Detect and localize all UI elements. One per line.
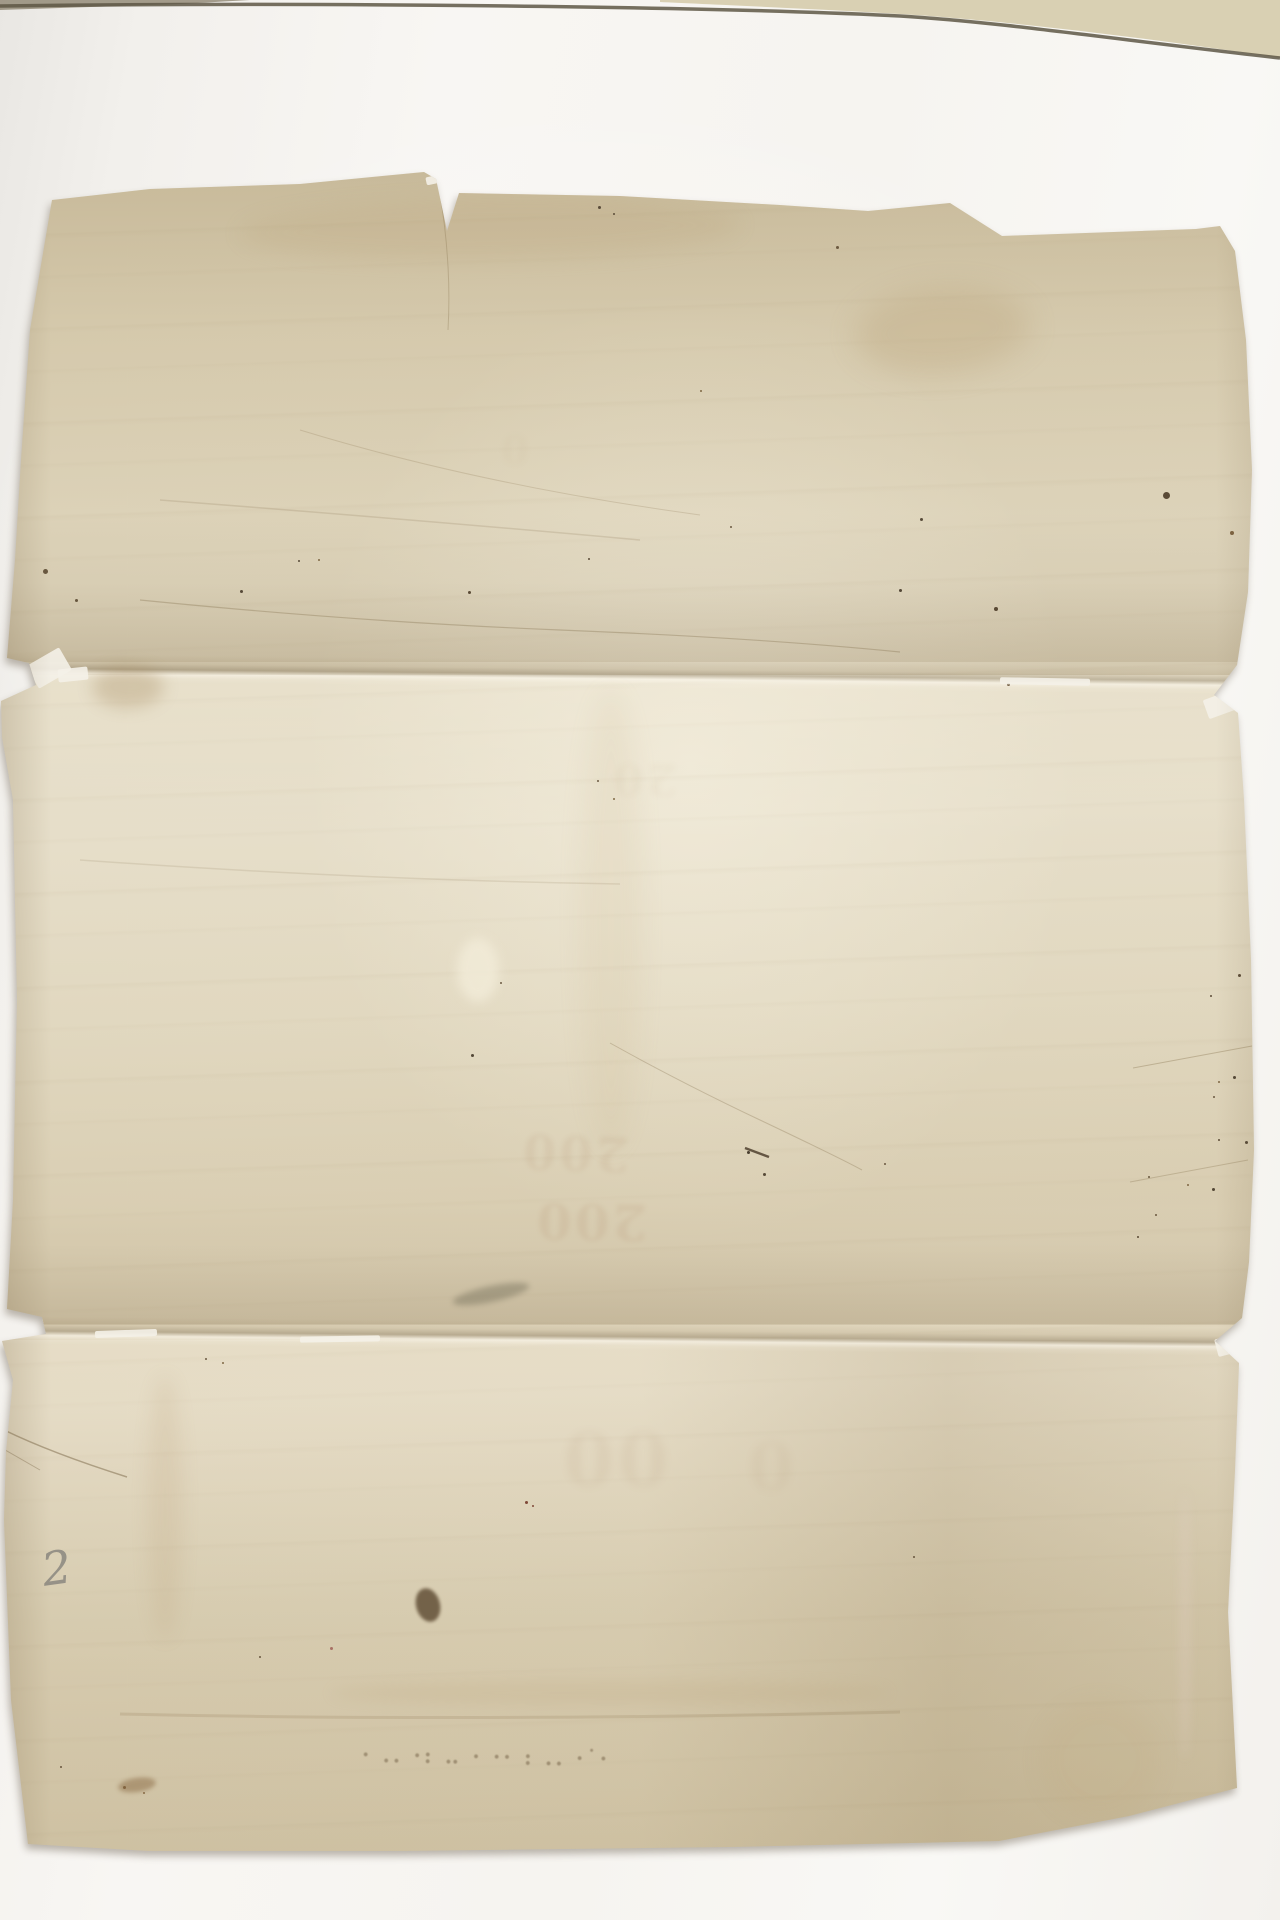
ghost-bleedthrough-layer: 200200000200· .. ·: ‥ · ·· : .. ·˙· (0, 0, 1280, 1920)
crack-line (610, 1043, 862, 1170)
ink-speck (259, 1656, 261, 1658)
ink-speck (318, 559, 320, 561)
tear-fleck (1000, 677, 1090, 686)
tear-fleck (17, 1318, 45, 1338)
fold-crease-upper (0, 653, 1256, 694)
crack-line (0, 1447, 40, 1470)
tear-fleck (26, 647, 72, 689)
ghost-bleedthrough-text: 20 (610, 755, 678, 800)
ink-speck (525, 1501, 528, 1504)
ghost-bleedthrough-text: 0 (497, 427, 529, 468)
tear-fleck-layer (0, 0, 1280, 1920)
ink-speck (205, 1358, 207, 1360)
stain (239, 194, 740, 265)
ink-speck (471, 1054, 474, 1057)
ink-speck (75, 599, 78, 602)
ink-speck (143, 1792, 145, 1794)
ghost-bleedthrough-text: 00 (560, 1420, 669, 1494)
stain (1250, 1866, 1276, 1914)
ink-speck (1210, 995, 1212, 997)
crack-line (300, 430, 700, 515)
crack-lines (0, 0, 1280, 1920)
ink-speck (222, 1362, 224, 1364)
ink-speck (1212, 1188, 1215, 1191)
ink-speck (123, 1786, 126, 1789)
ink-speck (913, 1556, 915, 1558)
ink-speck (330, 1647, 333, 1650)
crack-line (1133, 1046, 1252, 1068)
ghost-bleedthrough-text: 0 (745, 1432, 794, 1498)
photo-root: { "scene": { "subject": "Reverse (blank)… (0, 0, 1280, 1920)
speck-layer (0, 0, 1280, 1920)
document-paper: 200200000200· .. ·: ‥ · ·· : .. ·˙· 2 (0, 0, 1280, 1920)
crack-line (1130, 1160, 1248, 1182)
ink-speck (43, 569, 48, 574)
ink-speck (1155, 1214, 1157, 1216)
ink-speck (1137, 1236, 1139, 1238)
crack-line (0, 1428, 127, 1477)
ink-speck (588, 558, 590, 560)
ink-speck (613, 213, 615, 215)
ink-speck (836, 246, 839, 249)
ink-speck (298, 560, 300, 562)
ink-speck (1218, 1139, 1220, 1141)
ink-speck (598, 206, 601, 209)
ink-speck (240, 590, 243, 593)
ink-speck (1213, 1096, 1215, 1098)
ink-speck (1218, 1081, 1220, 1083)
ink-speck (747, 1151, 750, 1154)
ink-speck (1148, 1176, 1150, 1178)
ink-speck (1264, 1856, 1267, 1859)
tear-fleck (425, 175, 440, 186)
stain (580, 690, 642, 1150)
ink-speck (60, 1766, 62, 1768)
ink-speck (1163, 492, 1170, 499)
stain (117, 1775, 157, 1794)
crack-line (160, 500, 640, 540)
ink-speck (1007, 683, 1010, 686)
stain-layer (0, 0, 1280, 1920)
shading-above-upper-fold (0, 582, 1256, 662)
ink-speck (1230, 531, 1234, 535)
ink-speck (994, 607, 998, 611)
ghost-bleedthrough-text: · .. ·: ‥ · ·· : .. ·˙· (362, 1744, 610, 1769)
pencil-mark: 2 (39, 1543, 74, 1593)
stain (1180, 1490, 1190, 1760)
ink-speck (730, 526, 732, 528)
paper-wrap: 200200000200· .. ·: ‥ · ·· : .. ·˙· 2 (0, 0, 1280, 1920)
stain (330, 1680, 890, 1706)
tear-fleck (1203, 689, 1242, 719)
stain (92, 666, 164, 708)
paper-panel-middle (0, 675, 1280, 1325)
stain (451, 1278, 531, 1310)
ink-speck (613, 798, 615, 800)
ink-speck (920, 518, 923, 521)
ghost-bleedthrough-text: 200 (534, 1195, 648, 1247)
paper-panel-top (0, 170, 1280, 675)
ink-speck (468, 591, 471, 594)
ink-speck (700, 390, 702, 392)
fold-crease-lower (0, 1316, 1256, 1356)
paper-texture (0, 0, 1280, 1920)
stain (412, 1585, 444, 1624)
stain (852, 282, 1033, 379)
stain (1040, 1700, 1160, 1820)
ink-speck (1187, 1184, 1189, 1186)
tear-fleck (1214, 1333, 1244, 1357)
crack-line (438, 182, 449, 330)
tear-fleck (300, 1335, 380, 1342)
tear-fleck (95, 1329, 157, 1338)
ink-speck (532, 1505, 534, 1507)
ink-speck (884, 1163, 886, 1165)
crack-line (745, 1148, 769, 1157)
stain (148, 1375, 182, 1640)
ink-speck (763, 1173, 766, 1176)
ink-speck (1245, 1141, 1248, 1144)
ink-speck (899, 589, 902, 592)
paper-panel-bottom (0, 1340, 1280, 1852)
crack-line (140, 600, 900, 652)
ghost-bleedthrough-text: 200 (519, 1126, 630, 1178)
ink-speck (500, 982, 502, 984)
tear-fleck (57, 666, 88, 682)
stain (457, 938, 499, 1002)
crack-line (120, 1712, 900, 1718)
ink-speck (1233, 1076, 1236, 1079)
stain (1224, 1831, 1272, 1859)
shading-above-lower-fold (0, 1244, 1256, 1324)
ink-speck (597, 780, 599, 782)
ink-speck (1238, 974, 1241, 977)
crack-line (80, 860, 620, 884)
